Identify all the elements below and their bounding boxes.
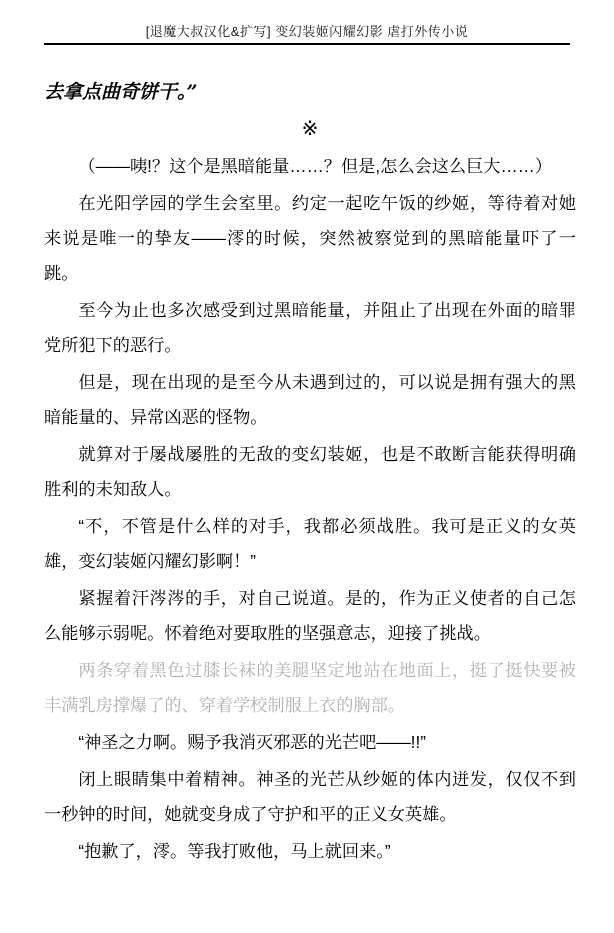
paragraph: 至今为止也多次感受到过黑暗能量，并阻止了出现在外面的暗罪党所犯下的恶行。 bbox=[44, 293, 576, 363]
paragraph-dialogue: “不，不管是什么样的对手，我都必须战胜。我可是正义的女英雄，变幻装姬闪耀幻影啊！… bbox=[44, 509, 576, 579]
story-body: 去拿点曲奇饼干。” ※ （——咦!？这个是黑暗能量……？但是,怎么会这么巨大……… bbox=[44, 75, 576, 869]
page-header: [退魔大叔汉化&扩写] 变幻装姬闪耀幻影 虐打外传小说 bbox=[44, 0, 570, 45]
paragraph: 但是，现在出现的是至今从未遇到过的，可以说是拥有强大的黑暗能量的、异常凶恶的怪物… bbox=[44, 365, 576, 435]
paragraph: 闭上眼睛集中着精神。神圣的光芒从纱姬的体内迸发，仅仅不到一秒钟的时间，她就变身成… bbox=[44, 762, 576, 832]
section-divider-mark: ※ bbox=[44, 112, 576, 147]
paragraph: 就算对于屡战屡胜的无敌的变幻装姬，也是不敢断言能获得明确胜利的未知敌人。 bbox=[44, 437, 576, 507]
paragraph-dialogue: “抱歉了，澪。等我打败他，马上就回来。” bbox=[44, 834, 576, 869]
paragraph: 在光阳学园的学生会室里。约定一起吃午饭的纱姬，等待着对她来说是唯一的挚友——澪的… bbox=[44, 186, 576, 291]
document-page: [退魔大叔汉化&扩写] 变幻装姬闪耀幻影 虐打外传小说 去拿点曲奇饼干。” ※ … bbox=[0, 0, 614, 869]
lead-line: 去拿点曲奇饼干。” bbox=[44, 75, 576, 110]
header-title: [退魔大叔汉化&扩写] 变幻装姬闪耀幻影 虐打外传小说 bbox=[44, 24, 570, 40]
paragraph: 紧握着汗涔涔的手，对自己说道。是的，作为正义使者的自己怎么能够示弱呢。怀着绝对要… bbox=[44, 581, 576, 651]
paragraph-dialogue: “神圣之力啊。赐予我消灭邪恶的光芒吧——!!” bbox=[44, 725, 576, 760]
paragraph-muted: 两条穿着黑色过膝长袜的美腿坚定地站在地面上，挺了挺快要被丰满乳房撑爆了的、穿着学… bbox=[44, 653, 576, 723]
paragraph-inner-monologue: （——咦!？这个是黑暗能量……？但是,怎么会这么巨大……） bbox=[44, 149, 576, 184]
